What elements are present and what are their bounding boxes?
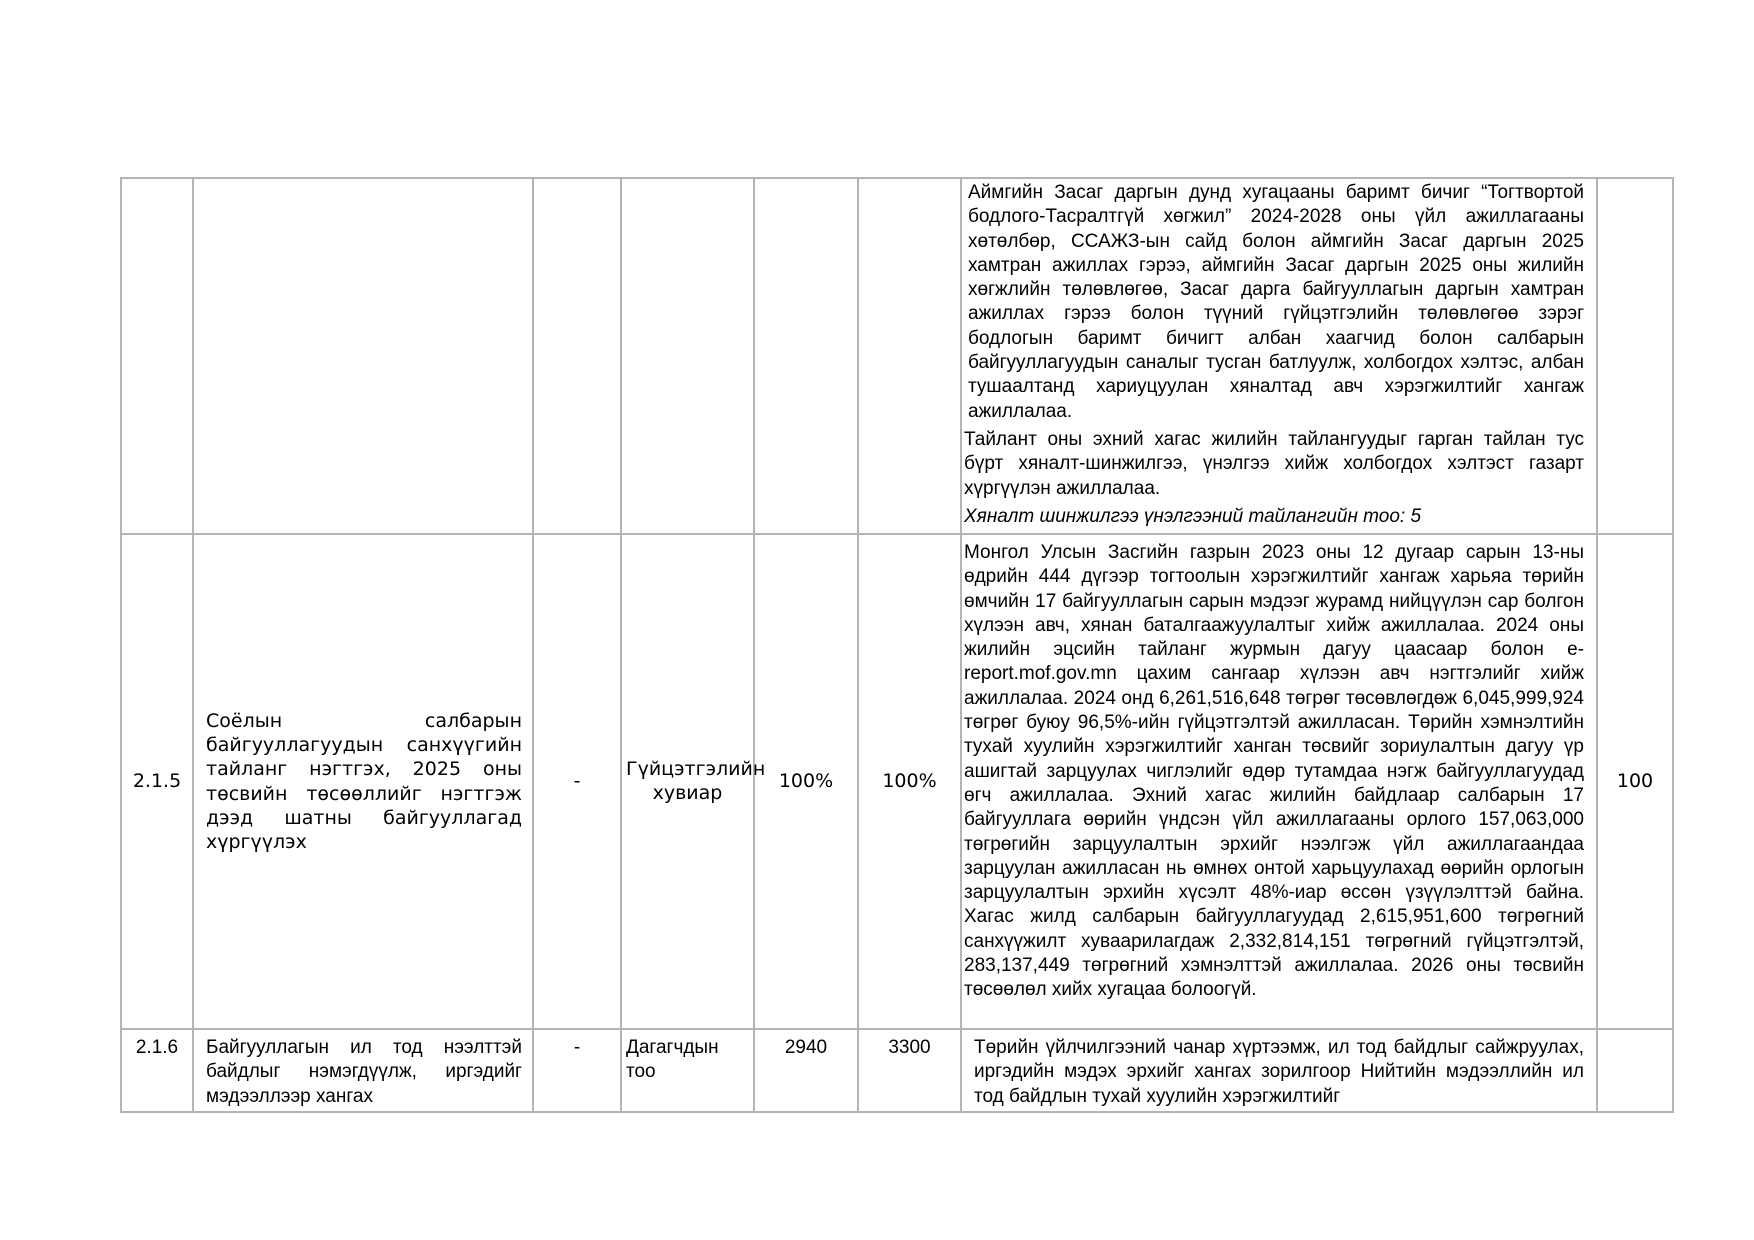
cell-result: 100% [858,534,961,1029]
cell-unit: Гүйцэтгэлийн хувиар [621,534,754,1029]
cell-result [858,178,961,534]
cell-number [121,178,193,534]
cell-baseline: - [533,534,621,1029]
cell-description: Төрийн үйлчилгээний чанар хүртээмж, ил т… [961,1029,1597,1112]
description-paragraph: Монгол Улсын Засгийн газрын 2023 оны 12 … [964,541,1584,1003]
cell-description: Аймгийн Засаг даргын дунд хугацааны бари… [961,178,1597,534]
cell-goal [193,178,533,534]
cell-number: 2.1.6 [121,1029,193,1112]
cell-goal: Соёлын салбарын байгууллагуудын санхүүги… [193,534,533,1029]
cell-result: 3300 [858,1029,961,1112]
performance-report-table: Аймгийн Засаг даргын дунд хугацааны бари… [120,177,1674,1113]
cell-description: Монгол Улсын Засгийн газрын 2023 оны 12 … [961,534,1597,1029]
description-italic-note: Хяналт шинжилгээ үнэлгээний тайлангийн т… [964,505,1584,529]
cell-target: 2940 [754,1029,858,1112]
cell-score [1597,178,1673,534]
cell-unit: Дагагчдын тоо [621,1029,754,1112]
document-page: Аймгийн Засаг даргын дунд хугацааны бари… [0,0,1754,1240]
cell-target [754,178,858,534]
table-row: 2.1.5 Соёлын салбарын байгууллагуудын са… [121,534,1673,1029]
cell-target: 100% [754,534,858,1029]
description-paragraph: Төрийн үйлчилгээний чанар хүртээмж, ил т… [974,1036,1584,1109]
description-paragraph: Тайлант оны эхний хагас жилийн тайлангуу… [964,428,1584,501]
cell-baseline: - [533,1029,621,1112]
description-paragraph: Аймгийн Засаг даргын дунд хугацааны бари… [964,181,1584,424]
cell-score [1597,1029,1673,1112]
cell-unit [621,178,754,534]
table-row: 2.1.6 Байгууллагын ил тод нээлттэй байдл… [121,1029,1673,1112]
cell-goal: Байгууллагын ил тод нээлттэй байдлыг нэм… [193,1029,533,1112]
cell-number: 2.1.5 [121,534,193,1029]
table-row: Аймгийн Засаг даргын дунд хугацааны бари… [121,178,1673,534]
cell-baseline [533,178,621,534]
cell-score: 100 [1597,534,1673,1029]
